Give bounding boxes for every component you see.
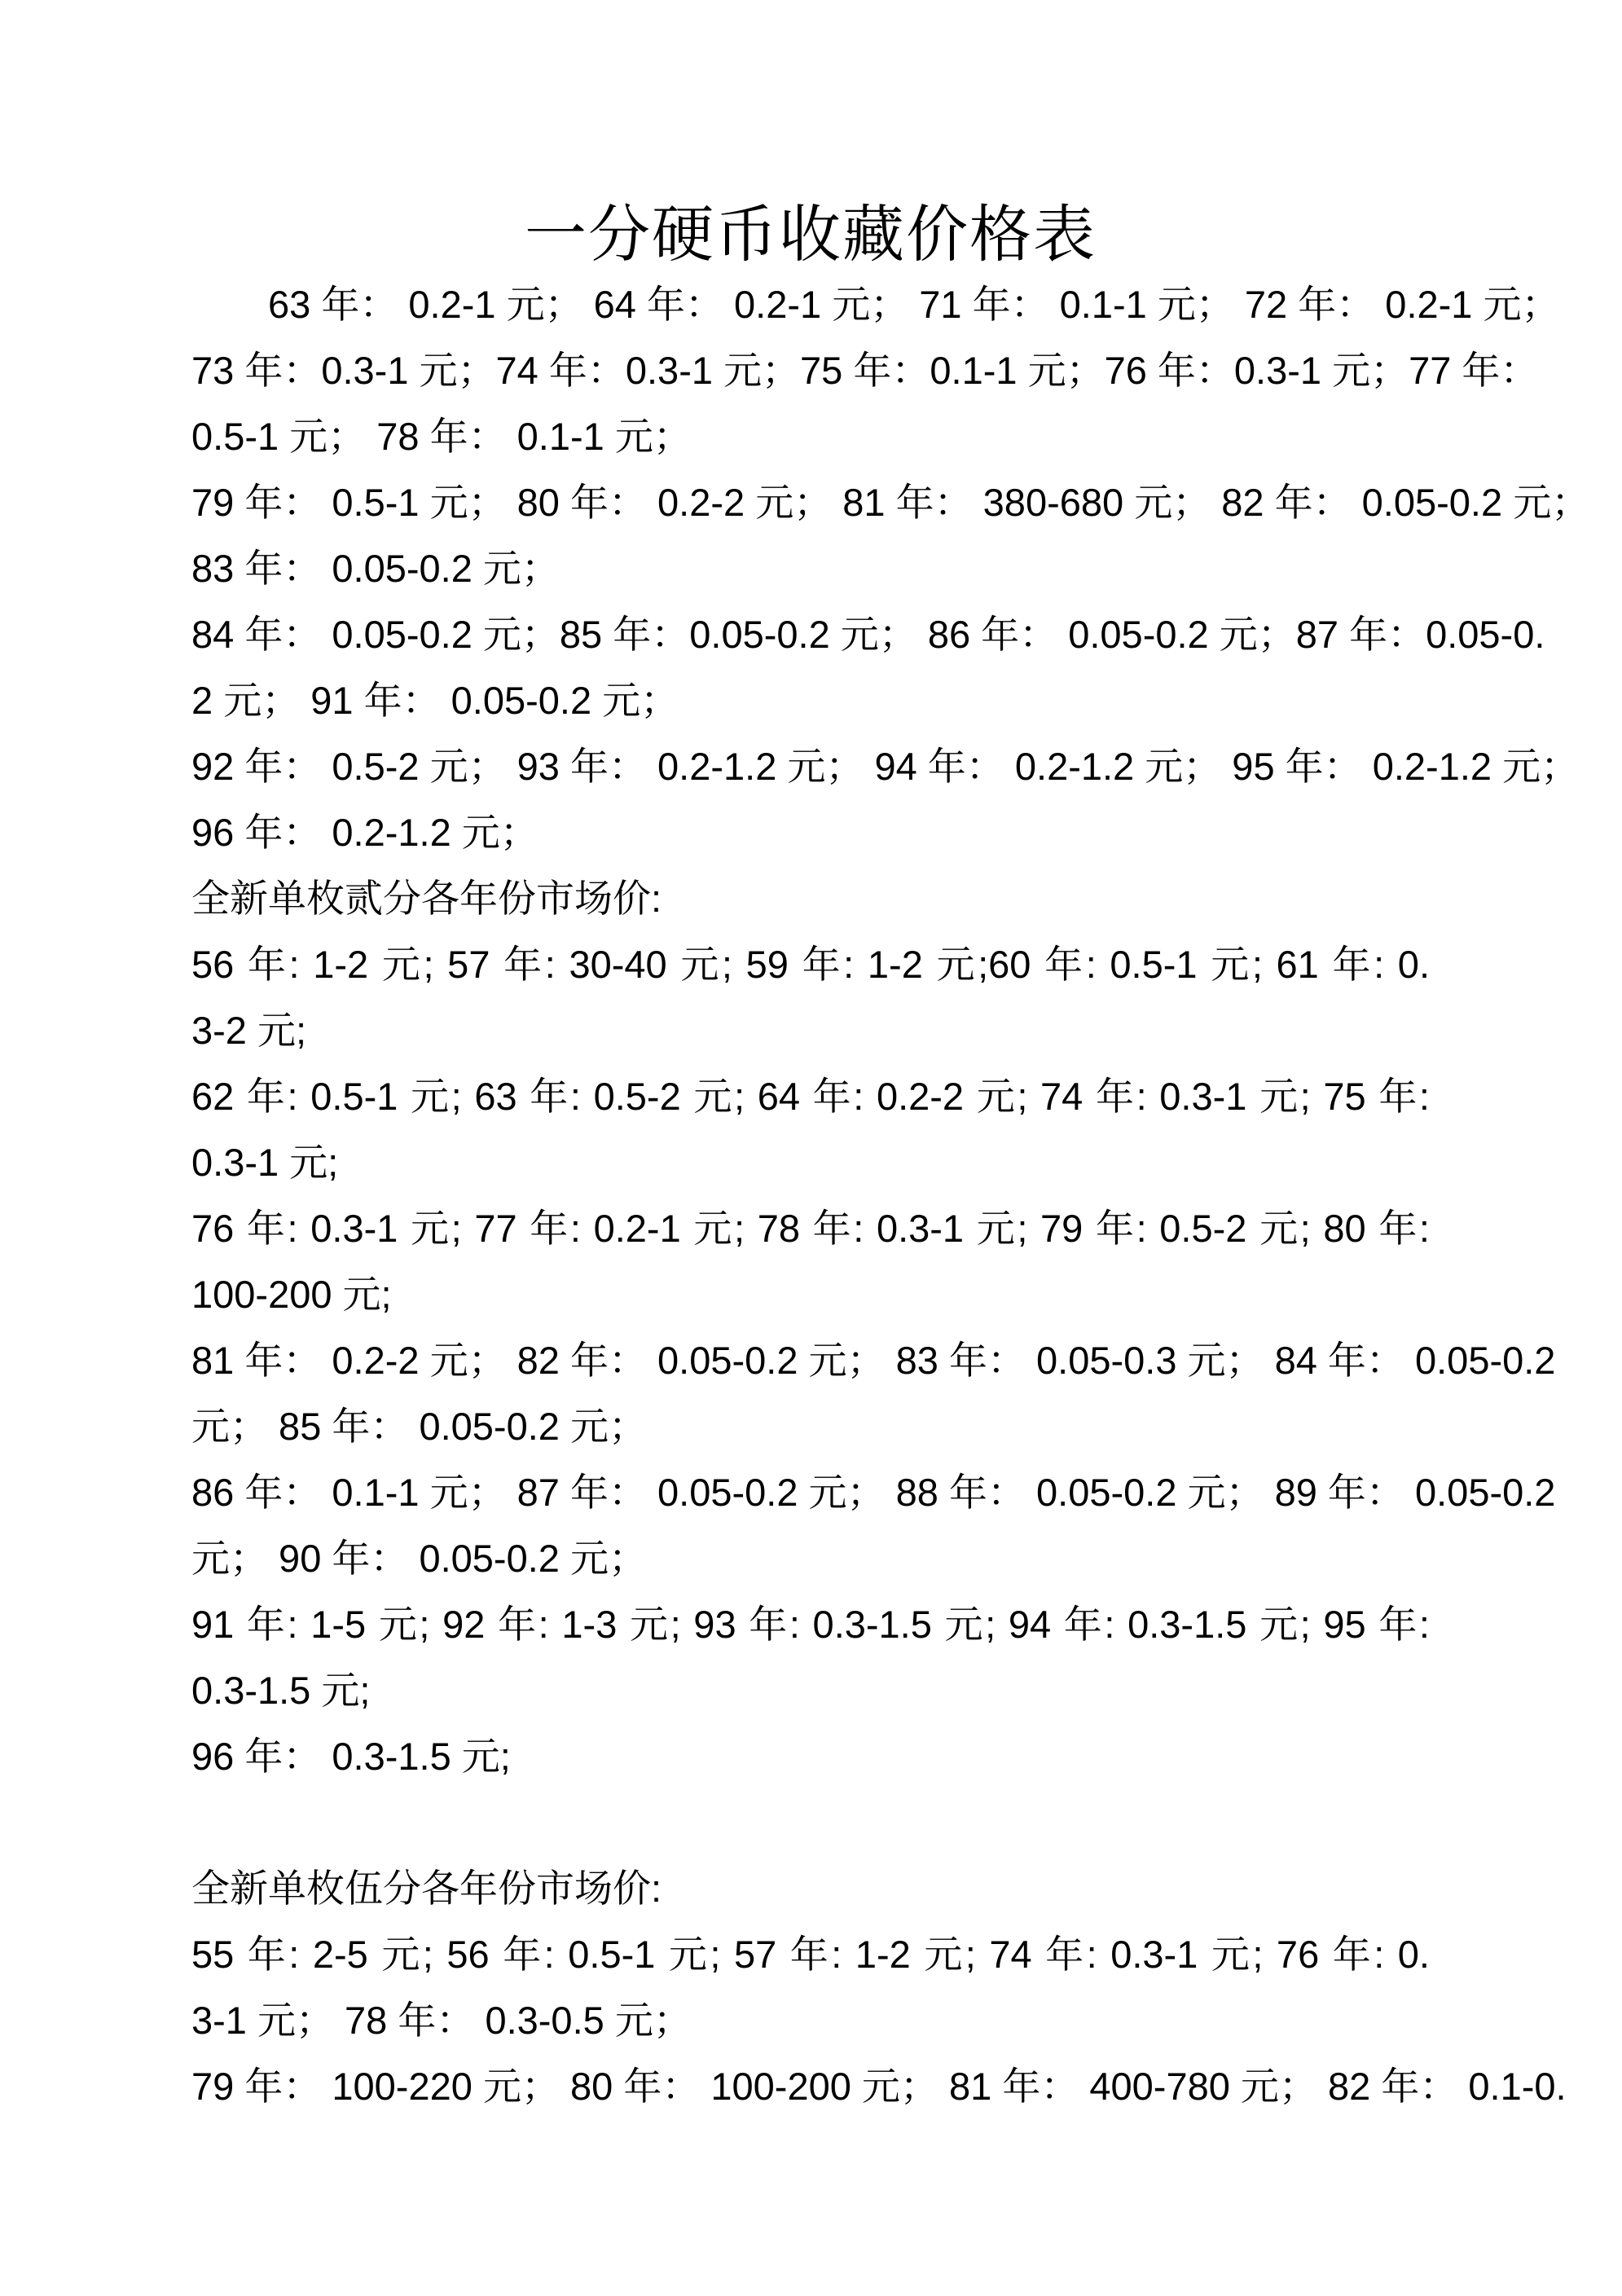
text-line: 100-200 元; [191,1261,1430,1327]
text-line: 62 年: 0.5-1 元; 63 年: 0.5-2 元; 64 年: 0.2-… [191,1063,1430,1129]
section-heading-er-fen: 全新单枚贰分各年份市场价: [191,865,1430,931]
text-line: 96 年： 0.3-1.5 元; [191,1723,1430,1789]
text-line: 81 年： 0.2-2 元； 82 年： 0.05-0.2 元； 83 年： 0… [191,1327,1430,1393]
text-line: 83 年： 0.05-0.2 元； [191,535,1430,601]
text-line: 0.5-1 元； 78 年： 0.1-1 元； [191,403,1430,469]
text-line: 55 年: 2-5 元; 56 年: 0.5-1 元; 57 年: 1-2 元;… [191,1921,1430,1987]
text-line: 79 年： 100-220 元； 80 年： 100-200 元； 81 年： … [191,2053,1430,2119]
text-line: 0.3-1 元; [191,1129,1430,1195]
text-line: 96 年： 0.2-1.2 元； [191,799,1430,865]
document-page: 一分硬币收藏价格表 63 年： 0.2-1 元； 64 年： 0.2-1 元； … [0,0,1622,2296]
text-line: 73 年：0.3-1 元；74 年：0.3-1 元；75 年：0.1-1 元；7… [191,337,1430,403]
text-line: 3-2 元; [191,997,1430,1063]
text-line: 76 年: 0.3-1 元; 77 年: 0.2-1 元; 78 年: 0.3-… [191,1195,1430,1261]
text-line: 84 年： 0.05-0.2 元；85 年：0.05-0.2 元； 86 年： … [191,601,1430,667]
text-line: 86 年： 0.1-1 元； 87 年： 0.05-0.2 元； 88 年： 0… [191,1459,1430,1525]
text-line: 56 年: 1-2 元; 57 年: 30-40 元; 59 年: 1-2 元;… [191,931,1430,997]
text-line: 元； 90 年： 0.05-0.2 元； [191,1525,1430,1591]
text-line: 3-1 元； 78 年： 0.3-0.5 元； [191,1987,1430,2053]
text-line: 92 年： 0.5-2 元； 93 年： 0.2-1.2 元； 94 年： 0.… [191,733,1430,799]
blank-line [191,1789,1430,1855]
text-line: 63 年： 0.2-1 元； 64 年： 0.2-1 元； 71 年： 0.1-… [191,271,1430,337]
text-line: 79 年： 0.5-1 元； 80 年： 0.2-2 元； 81 年： 380-… [191,469,1430,535]
section-heading-wu-fen: 全新单枚伍分各年份市场价: [191,1855,1430,1921]
text-line: 0.3-1.5 元; [191,1657,1430,1723]
text-line: 元； 85 年： 0.05-0.2 元； [191,1393,1430,1459]
document-body: 63 年： 0.2-1 元； 64 年： 0.2-1 元； 71 年： 0.1-… [191,271,1430,2119]
text-line: 91 年: 1-5 元; 92 年: 1-3 元; 93 年: 0.3-1.5 … [191,1591,1430,1657]
document-title: 一分硬币收藏价格表 [191,200,1430,271]
text-line: 2 元； 91 年： 0.05-0.2 元； [191,667,1430,733]
